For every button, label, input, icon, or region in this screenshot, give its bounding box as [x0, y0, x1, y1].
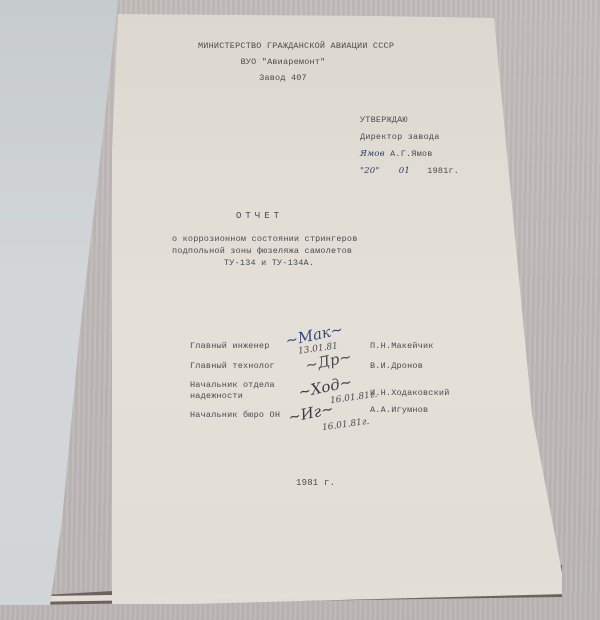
approval-date-month: 01: [399, 166, 410, 176]
signatory-names: П.Н.Макейчик В.И.Дронов И.Н.Ходаковский …: [370, 340, 450, 417]
subtitle-line: о коррозионном состоянии стрингеров: [172, 233, 358, 245]
document-title: ОТЧЕТ: [236, 211, 283, 221]
signatory-role: Начальник отдела надежности: [190, 380, 305, 402]
organization-name: ВУО "Авиаремонт": [198, 54, 368, 70]
signatory-name: П.Н.Макейчик: [370, 340, 450, 353]
signatory-name: А.А.Игумнов: [370, 404, 450, 417]
signatory-name: И.Н.Ходаковский: [370, 387, 450, 400]
subtitle-line: ТУ-134 и ТУ-134А.: [172, 257, 358, 269]
approval-signature-line: Ямов А.Г.Ямов: [360, 146, 459, 163]
document-subtitle: о коррозионном состоянии стрингеров подп…: [172, 233, 358, 269]
ministry-name: МИНИСТЕРСТВО ГРАЖДАНСКОЙ АВИАЦИИ СССР: [198, 38, 368, 54]
document-year: 1981 г.: [296, 478, 335, 488]
plant-name: Завод 407: [198, 70, 368, 86]
signatory-name: В.И.Дронов: [370, 360, 450, 373]
director-signature: Ямов: [360, 149, 385, 159]
director-name: А.Г.Ямов: [390, 149, 432, 159]
signatory-role: Главный технолог: [190, 360, 305, 373]
approval-label: УТВЕРЖДАЮ: [360, 112, 459, 129]
approval-date: "20" 01 1981г.: [360, 163, 459, 180]
approval-date-year: 1981г.: [427, 166, 459, 176]
approval-position: Директор завода: [360, 129, 459, 146]
subtitle-line: подпольной зоны фюзеляжа самолетов: [172, 245, 358, 257]
approval-date-day: "20": [360, 166, 379, 176]
approval-block: УТВЕРЖДАЮ Директор завода Ямов А.Г.Ямов …: [360, 112, 459, 180]
document-header: МИНИСТЕРСТВО ГРАЖДАНСКОЙ АВИАЦИИ СССР ВУ…: [198, 38, 368, 86]
report-title-page: [112, 14, 562, 604]
